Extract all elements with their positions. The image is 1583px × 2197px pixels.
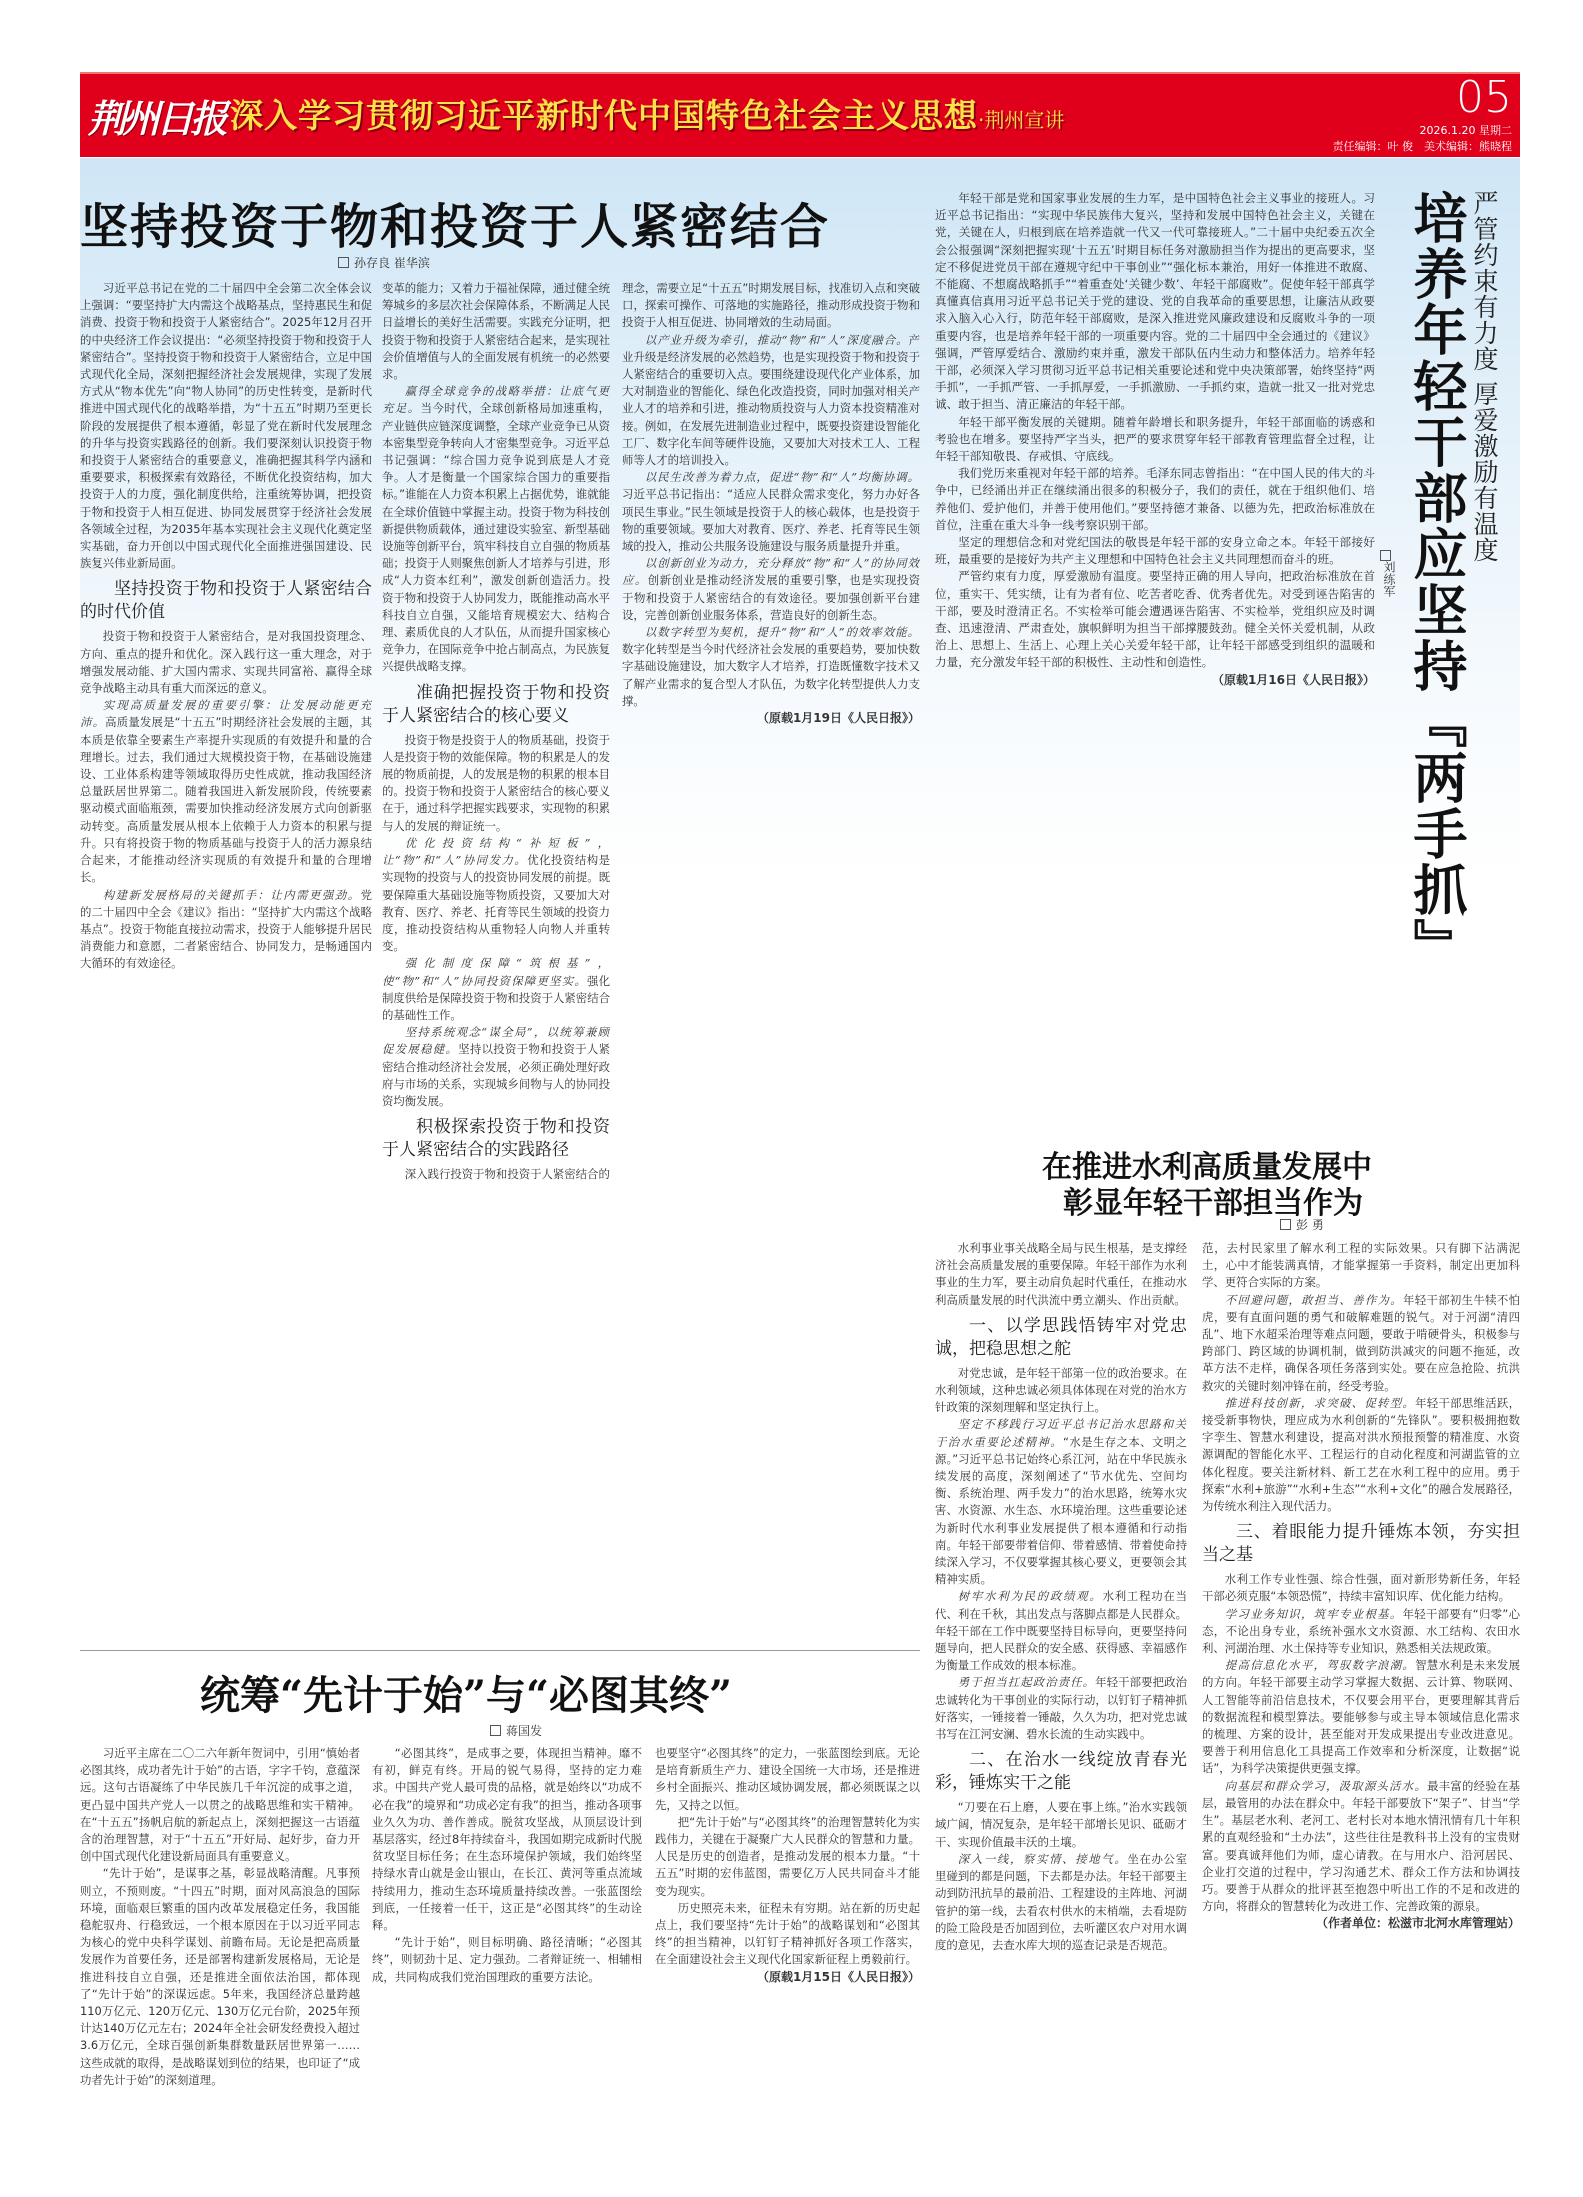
paragraph-text: “水是生存之本、文明之源。”习近平总书记始终心系江河，站在中华民族永续发展的高度… [935,1435,1187,1587]
paragraph: “先计于始”，是谋事之基，彰显战略清醒。凡事预则立，不预则废。“十四五”时期，面… [80,1865,360,2089]
article-2-subheadline: 严管约束有力度 厚爱激励有温度 [1472,190,1502,563]
editors-credit: 责任编辑：叶 俊 美术编辑：熊晓程 [1333,138,1513,154]
section-heading: 准确把握投资于物和投资于人紧密结合的核心要义 [382,682,610,728]
paragraph: 严管约束有力度，厚爱激励有温度。要坚持正确的用人导向，把政治标准放在首位，重实干… [935,568,1375,671]
paragraph-text: 智慧水利是未来发展的方向。年轻干部要主动学习掌握大数据、云计算、物联网、人工智能… [1202,1658,1520,1775]
paragraph: 我们党历来重视对年轻干部的培养。毛泽东同志曾指出：“在中国人民的伟大的斗争中，已… [935,465,1375,534]
paragraph: “先计于始”，则目标明确、路径清晰；“必图其终”，则韧劲十足、定力强劲。二者辩证… [372,1934,642,1986]
article-4-column-1: 习近平主席在二〇二六年新年贺词中，引用“慎始者必图其终，成功者先计于始”的古语，… [80,1745,360,2185]
paragraph: 以产业升级为牵引，推动“物”和“人”深度融合。产业升级是经济发展的必然趋势，也是… [622,332,920,470]
article-1-headline: 坚持投资于物和投资于人紧密结合 [80,188,830,257]
paragraph: 对党忠诚，是年轻干部第一位的政治要求。在水利领域，这种忠诚必须具体体现在对党的治… [935,1365,1187,1417]
article-4-byline: 蒋国发 [490,1722,542,1739]
paragraph-lead: 学习业务知识，筑牢专业根基。 [1225,1607,1403,1621]
paragraph: 年轻干部是党和国家事业发展的生力军，是中国特色社会主义事业的接班人。习近平总书记… [935,190,1375,414]
paragraph: 坚定的理想信念和对党纪国法的敬畏是年轻干部的安身立命之本。年轻干部接好班，最重要… [935,534,1375,568]
paragraph: 水利事业事关战略全局与民生根基，是支撑经济社会高质量发展的重要保障。年轻干部作为… [935,1240,1187,1309]
paragraph: 勇于担当扛起政治责任。年轻干部要把政治忠诚转化为干事创业的实际行动，以钉钉子精神… [935,1674,1187,1743]
paragraph-lead: 强化制度保障“筑根基”，使“物”和“人”协同投资保障更坚实。 [382,956,610,987]
paragraph: 以创新创业为动力，充分释放“物”和“人”的协同效应。创新创业是推动经济发展的重要… [622,555,920,624]
paragraph: 赢得全球竞争的战略举措：让底气更充足。当今时代，全球创新格局加速重构，产业链供应… [382,383,610,675]
section-heading: 一、以学思践悟铸牢对党忠诚，把稳思想之舵 [935,1315,1187,1361]
paragraph-text: 产业升级是经济发展的必然趋势，也是实现投资于物和投资于人紧密结合的重要切入点。要… [622,333,920,467]
section-heading: 积极探索投资于物和投资于人紧密结合的实践路径 [382,1116,610,1162]
byline-box-icon [1380,550,1391,561]
paragraph-lead: 以数字转型为契机，提升“物”和“人”的效率效能。 [645,625,920,639]
paragraph: 也要坚守“必图其终”的定力，一张蓝图绘到底。无论是培育新质生产力、建设全国统一大… [655,1745,920,1814]
paragraph-lead: 提高信息化水平，驾驭数字浪潮。 [1225,1658,1415,1672]
paragraph: 优化投资结构“补短板”，让“物”和“人”协同发力。优化投资结构是实现物的投资与人… [382,835,610,955]
paragraph: 不回避问题，敢担当、善作为。年轻干部初生牛犊不怕虎，要有直面问题的勇气和破解难题… [1202,1292,1520,1395]
article-4-headline: 统筹“先计于始”与“必图其终” [200,1664,732,1721]
article-3-column-2: 范，去村民家里了解水利工程的实际效果。只有脚下沾满泥土，心中才能装满真情，才能掌… [1202,1240,1520,2180]
paragraph-lead: 深入一线，察实情、接地气。 [958,1852,1128,1866]
newspaper-page: 荆州日报 深入学习贯彻习近平新时代中国特色社会主义思想·荆州宣讲 05 2026… [80,0,1520,2197]
paragraph: 深入一线，察实情、接地气。坐在办公室里碰到的都是问题，下去都是办法。年轻干部要主… [935,1851,1187,1954]
paragraph-lead: 树牢水利为民的政绩观。 [958,1589,1103,1603]
paragraph: 习近平主席在二〇二六年新年贺词中，引用“慎始者必图其终，成功者先计于始”的古语，… [80,1745,360,1865]
paragraph-lead: 以民生改善为着力点，促进“物”和“人”均衡协调。 [645,470,920,484]
divider [80,1650,920,1651]
page-number: 05 [1456,76,1512,120]
paragraph-text: 年轻干部初生牛犊不怕虎，要有直面问题的勇气和破解难题的锐气。对于河湖“清四乱”、… [1202,1293,1520,1393]
source-note: （原载1月15日《人民日报》） [655,1969,920,1986]
article-1-column-3: 理念，需要立足“十五五”时期发展目标，找准切入点和突破口，探索可操作、可落地的实… [622,280,920,1640]
paragraph: “必图其终”，是成事之要，体现担当精神。靡不有初，鲜克有终。开局的锐气易得，坚持… [372,1745,642,1934]
paragraph-lead: 勇于担当扛起政治责任。 [958,1675,1095,1689]
paragraph: 以民生改善为着力点，促进“物”和“人”均衡协调。习近平总书记指出：“适应人民群众… [622,469,920,555]
newspaper-logo: 荆州日报 [88,88,224,143]
source-note: （原载1月16日《人民日报》） [935,672,1375,689]
paragraph-text: 坐在办公室里碰到的都是问题，下去都是办法。年轻干部要主动到防汛抗旱的最前沿、工程… [935,1852,1187,1952]
article-4-column-3: 也要坚守“必图其终”的定力，一张蓝图绘到底。无论是培育新质生产力、建设全国统一大… [655,1745,920,2185]
source-note: （原载1月19日《人民日报》） [622,710,920,727]
section-title: 深入学习贯彻习近平新时代中国特色社会主义思想·荆州宣讲 [230,90,1064,137]
paragraph: 把“先计于始”与“必图其终”的治理智慧转化为实践伟力，关键在于凝聚广大人民群众的… [655,1814,920,1900]
paragraph-lead: 构建新发展格局的关键抓手：让内需更强劲。 [103,888,361,902]
issue-date: 2026.1.20 星期二 [1420,122,1512,138]
paragraph: 实现高质量发展的重要引擎：让发展动能更充沛。高质量发展是“十五五”时期经济社会发… [80,697,372,886]
article-1-column-2: 变革的能力；又着力于福祉保障，通过健全统筹城乡的多层次社会保障体系，不断满足人民… [382,280,610,1620]
paragraph-text: 当今时代，全球创新格局加速重构，产业链供应链深度调整，全球产业竞争已从资本密集型… [382,401,610,673]
byline-box-icon [1280,1219,1291,1230]
section-heading: 二、在治水一线绽放青春光彩，锤炼实干之能 [935,1749,1187,1795]
paragraph: 以数字转型为契机，提升“物”和“人”的效率效能。数字化转型是当今时代经济社会发展… [622,624,920,710]
paragraph: 学习业务知识，筑牢专业根基。年轻干部要有“归零”心态，不论出身专业，系统补强水文… [1202,1606,1520,1658]
paragraph: 水利工作专业性强、综合性强，面对新形势新任务，年轻干部必须克服“本领恐慌”，持续… [1202,1571,1520,1605]
paragraph: 投资于物和投资于人紧密结合，是对我国投资理念、方向、重点的提升和优化。深入践行这… [80,628,372,697]
article-2-headline: 培养年轻干部应坚持『两手抓』 [1405,190,1469,974]
paragraph-text: 优化投资结构是实现物的投资与人的投资协同发展的前提。既要保障重大基础设施等物质投… [382,853,610,953]
paragraph: 强化制度保障“筑根基”，使“物”和“人”协同投资保障更坚实。强化制度供给是保障投… [382,955,610,1024]
paragraph: 坚定不移践行习近平总书记治水思路和关于治水重要论述精神。“水是生存之本、文明之源… [935,1416,1187,1588]
section-heading: 三、着眼能力提升锤炼本领，夯实担当之基 [1202,1521,1520,1567]
paragraph: 树牢水利为民的政绩观。水利工程功在当代、利在千秋，其出发点与落脚点都是人民群众。… [935,1588,1187,1674]
section-title-main: 深入学习贯彻习近平新时代中国特色社会主义思想 [230,96,978,135]
paragraph: “刀要在石上磨，人要在事上练。”治水实践领域广阔，情况复杂，是年轻干部增长见识、… [935,1799,1187,1851]
paragraph-text: 创新创业是推动经济发展的重要引擎，也是实现投资于物和投资于人紧密结合的有效途径。… [622,573,920,621]
paragraph-lead: 向基层和群众学习，汲取源头活水。 [1225,1779,1427,1793]
paragraph: 深入践行投资于物和投资于人紧密结合的 [382,1166,610,1183]
source-note: （作者单位：松滋市北河水库管理站） [1202,1915,1520,1932]
paragraph: 提高信息化水平，驾驭数字浪潮。智慧水利是未来发展的方向。年轻干部要主动学习掌握大… [1202,1657,1520,1777]
paragraph: 构建新发展格局的关键抓手：让内需更强劲。党的二十届四中全会《建议》指出：“坚持扩… [80,887,372,973]
paragraph-text: 年轻干部思维活跃，接受新事物快，理应成为水利创新的“先锋队”。要积极拥抱数字孪生… [1202,1396,1520,1513]
paragraph: 习近平总书记在党的二十届四中全会第二次全体会议上强调：“要坚持扩大内需这个战略基… [80,280,372,572]
paragraph: 范，去村民家里了解水利工程的实际效果。只有脚下沾满泥土，心中才能装满真情，才能掌… [1202,1240,1520,1292]
section-heading: 坚持投资于物和投资于人紧密结合的时代价值 [80,578,372,624]
masthead: 荆州日报 深入学习贯彻习近平新时代中国特色社会主义思想·荆州宣讲 05 2026… [80,72,1520,157]
article-1-column-1: 习近平总书记在党的二十届四中全会第二次全体会议上强调：“要坚持扩大内需这个战略基… [80,280,372,1620]
article-2-body: 年轻干部是党和国家事业发展的生力军，是中国特色社会主义事业的接班人。习近平总书记… [935,190,1375,1090]
paragraph: 变革的能力；又着力于福祉保障，通过健全统筹城乡的多层次社会保障体系，不断满足人民… [382,280,610,383]
paragraph-text: 最丰富的经验在基层，最管用的办法在群众中。年轻干部要放下“架子”、甘当“学生”。… [1202,1779,1520,1913]
paragraph: 投资于物是投资于人的物质基础，投资于人是投资于物的效能保障。物的积累是人的发展的… [382,732,610,835]
paragraph-text: 高质量发展是“十五五”时期经济社会发展的主题，其本质是依靠全要素生产率提升实现质… [80,715,372,884]
paragraph: 历史照亮未来，征程未有穷期。站在新的历史起点上，我们要坚持“先计于始”的战略谋划… [655,1900,920,1969]
paragraph-lead: 推进科技创新，求突破、促转型。 [1225,1396,1415,1410]
paragraph-lead: 以产业升级为牵引，推动“物”和“人”深度融合。 [645,333,909,347]
section-title-sub: ·荆州宣讲 [978,108,1064,132]
article-1-byline: 孙存良 崔华滨 [338,254,430,271]
article-2-byline: 刘练军 [1380,550,1398,597]
paragraph: 坚持系统观念“谋全局”，以统筹兼顾促发展稳健。坚持以投资于物和投资于人紧密结合推… [382,1024,610,1110]
paragraph-lead: 不回避问题，敢担当、善作为。 [1225,1293,1403,1307]
article-3-byline: 彭 勇 [1280,1216,1324,1233]
paragraph-text: 习近平总书记指出：“适应人民群众需求变化，努力办好各项民生事业。”民生领域是投资… [622,487,920,553]
byline-box-icon [338,257,349,268]
paragraph: 推进科技创新，求突破、促转型。年轻干部思维活跃，接受新事物快，理应成为水利创新的… [1202,1395,1520,1515]
article-3-column-1: 水利事业事关战略全局与民生根基，是支撑经济社会高质量发展的重要保障。年轻干部作为… [935,1240,1187,2180]
byline-box-icon [490,1725,501,1736]
paragraph: 理念，需要立足“十五五”时期发展目标，找准切入点和突破口，探索可操作、可落地的实… [622,280,920,332]
article-4-column-2: “必图其终”，是成事之要，体现担当精神。靡不有初，鲜克有终。开局的锐气易得，坚持… [372,1745,642,2185]
paragraph-text: 数字化转型是当今时代经济社会发展的重要趋势，要加快数字基础设施建设，加大数字人才… [622,642,920,708]
paragraph: 向基层和群众学习，汲取源头活水。最丰富的经验在基层，最管用的办法在群众中。年轻干… [1202,1778,1520,1916]
paragraph: 年轻干部平衡发展的关键期。随着年龄增长和职务提升，年轻干部面临的诱惑和考验也在增… [935,414,1375,466]
